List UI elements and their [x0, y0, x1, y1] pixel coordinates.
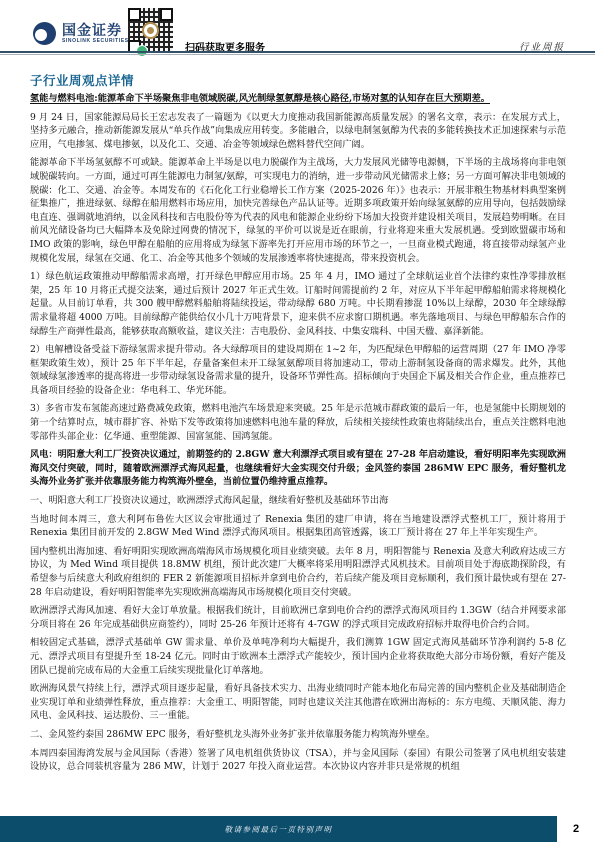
- paragraph-europe-floating-wind: 欧洲漂浮式海风加速、看好大金订单放量。根据我们统计，目前欧洲已拿到电价合约的漂浮…: [30, 604, 566, 631]
- paragraph-wind-summary: 风电：明阳意大利工厂投资决议通过，前期签约的 2.8GW 意大利漂浮式项目或有望…: [30, 448, 566, 489]
- sinolink-logo-icon: [33, 22, 56, 45]
- numbered-point-2-electrolyzer: 2）电解槽设备受益下游绿氢需求提升带动。各大绿醇项目的建设周期在 1~2 年，为…: [30, 343, 566, 397]
- numbered-point-1-methanol-shipping: 1）绿色航运政策推动甲醇船需求高增，打开绿色甲醇应用市场。25 年 4 月，IM…: [30, 270, 566, 338]
- qr-finder-icon: [160, 8, 173, 21]
- brand-subtitle: SINOLINK SECURITIES: [62, 39, 129, 44]
- header-rule-shadow: [0, 54, 595, 55]
- page-header: 国金证券 SINOLINK SECURITIES 扫码获取更多服务 行业周报: [0, 0, 595, 56]
- paragraph-policy-article: 9 月 24 日，国家能源局局长王宏志发表了一篇题为《以更大力度推动我国新能源高…: [30, 111, 566, 152]
- qr-code: [128, 8, 173, 53]
- qr-finder-icon: [128, 8, 141, 21]
- paragraph-energy-revolution: 能源革命下半场氢氨醇不可或缺。能源革命上半场是以电力脱碳作为主战场，大力发展风光…: [30, 156, 566, 265]
- paragraph-floating-foundation-profit: 相较固定式基础，漂浮式基础单 GW 需求量、单价及单吨净利均大幅提升，我们测算 …: [30, 636, 566, 677]
- section-title: 子行业周观点详情: [30, 71, 134, 89]
- paragraph-hydrogen-headline: 氢能与燃料电池:能源革命下半场聚焦非电领域脱碳,风光制绿氢氨醇是核心路径,市场对…: [30, 92, 566, 106]
- report-body: 氢能与燃料电池:能源革命下半场聚焦非电领域脱碳,风光制绿氢氨醇是核心路径,市场对…: [30, 92, 566, 810]
- paragraph-europe-wind-outlook: 欧洲海风景气持续上行，漂浮式项目逐步起量，看好具备技术实力、出海业绩同时产能本地…: [30, 682, 566, 723]
- qr-center-logo-icon: [142, 22, 159, 39]
- brand-name: 国金证券: [62, 23, 129, 37]
- paragraph-renexia-factory: 当地时间本周三，意大利阿布鲁佐大区议会审批通过了 Renexia 集团的建厂申请…: [30, 513, 566, 540]
- page-number: 2: [557, 816, 595, 842]
- footer-disclaimer: 敬请参阅最后一页特别声明: [225, 824, 333, 835]
- sinolink-brand: 国金证券 SINOLINK SECURITIES: [33, 22, 129, 45]
- subsection-heading-2: 二、金风签约泰国 286MW EPC 服务，看好整机龙头海外业务扩张并依靠服务能…: [30, 728, 566, 742]
- paragraph-goldwind-thailand-epc: 本周四泰国海湾发展与金风国际（香港）签署了风电机组供货协议（TSA），并与金风国…: [30, 747, 566, 774]
- report-page: 国金证券 SINOLINK SECURITIES 扫码获取更多服务 行业周报 子…: [0, 0, 595, 842]
- header-rule: [0, 51, 595, 53]
- numbered-point-3-fuel-cell: 3）多省市发布氢能高速过路费减免政策，燃料电池汽车场景迎来突破。25 年是示范城…: [30, 402, 566, 443]
- subsection-heading-1: 一、明阳意大利工厂投资决议通过，欧洲漂浮式海风起量，继续看好整机及基础环节出海: [30, 494, 566, 508]
- paragraph-mingyang-overseas: 国内整机出海加速、看好明阳实现欧洲高端海风市场规模化项目业绩突破。去年 8 月，…: [30, 545, 566, 599]
- footer-bar: 敬请参阅最后一页特别声明: [0, 816, 557, 842]
